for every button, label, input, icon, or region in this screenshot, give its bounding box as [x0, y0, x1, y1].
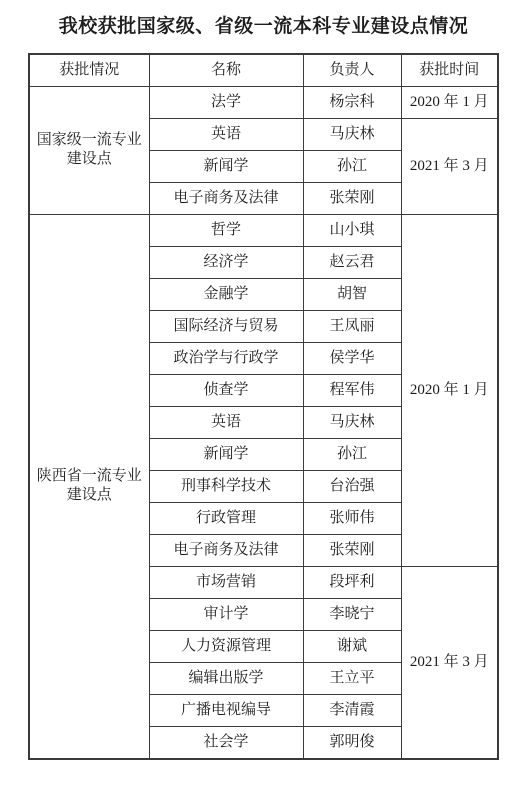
leader-cell: 张荣刚 — [303, 182, 401, 214]
section-label-national: 国家级一流专业建设点 — [29, 86, 149, 214]
approval-table: 获批情况 名称 负责人 获批时间 国家级一流专业建设点 法学 杨宗科 2020 … — [28, 53, 499, 760]
major-cell: 政治学与行政学 — [149, 342, 303, 374]
major-cell: 审计学 — [149, 598, 303, 630]
major-cell: 法学 — [149, 86, 303, 118]
major-cell: 哲学 — [149, 214, 303, 246]
leader-cell: 赵云君 — [303, 246, 401, 278]
header-row: 获批情况 名称 负责人 获批时间 — [29, 54, 498, 87]
major-cell: 刑事科学技术 — [149, 470, 303, 502]
table-row: 陕西省一流专业建设点 哲学 山小琪 2020 年 1 月 — [29, 214, 498, 246]
page-title: 我校获批国家级、省级一流本科专业建设点情况 — [0, 14, 527, 40]
leader-cell: 段坪利 — [303, 566, 401, 598]
leader-cell: 程军伟 — [303, 374, 401, 406]
major-cell: 编辑出版学 — [149, 662, 303, 694]
leader-cell: 山小琪 — [303, 214, 401, 246]
major-cell: 金融学 — [149, 278, 303, 310]
time-cell: 2021 年 3 月 — [401, 118, 498, 214]
major-cell: 电子商务及法律 — [149, 182, 303, 214]
leader-cell: 台治强 — [303, 470, 401, 502]
time-cell: 2021 年 3 月 — [401, 566, 498, 759]
leader-cell: 王立平 — [303, 662, 401, 694]
major-cell: 新闻学 — [149, 438, 303, 470]
leader-cell: 张师伟 — [303, 502, 401, 534]
table-row: 国家级一流专业建设点 法学 杨宗科 2020 年 1 月 — [29, 86, 498, 118]
leader-cell: 胡智 — [303, 278, 401, 310]
major-cell: 行政管理 — [149, 502, 303, 534]
leader-cell: 马庆林 — [303, 406, 401, 438]
col-header-status: 获批情况 — [29, 54, 149, 87]
document-page: 我校获批国家级、省级一流本科专业建设点情况 获批情况 名称 负责人 获批时间 国… — [0, 0, 527, 800]
major-cell: 英语 — [149, 118, 303, 150]
major-cell: 市场营销 — [149, 566, 303, 598]
time-cell: 2020 年 1 月 — [401, 86, 498, 118]
time-cell: 2020 年 1 月 — [401, 214, 498, 566]
major-cell: 人力资源管理 — [149, 630, 303, 662]
leader-cell: 孙江 — [303, 150, 401, 182]
leader-cell: 侯学华 — [303, 342, 401, 374]
major-cell: 广播电视编导 — [149, 694, 303, 726]
leader-cell: 王凤丽 — [303, 310, 401, 342]
leader-cell: 杨宗科 — [303, 86, 401, 118]
col-header-leader: 负责人 — [303, 54, 401, 87]
leader-cell: 张荣刚 — [303, 534, 401, 566]
major-cell: 经济学 — [149, 246, 303, 278]
leader-cell: 李晓宁 — [303, 598, 401, 630]
section-label-provincial: 陕西省一流专业建设点 — [29, 214, 149, 759]
major-cell: 社会学 — [149, 726, 303, 759]
major-cell: 新闻学 — [149, 150, 303, 182]
leader-cell: 马庆林 — [303, 118, 401, 150]
leader-cell: 李清霞 — [303, 694, 401, 726]
leader-cell: 谢斌 — [303, 630, 401, 662]
major-cell: 英语 — [149, 406, 303, 438]
col-header-time: 获批时间 — [401, 54, 498, 87]
major-cell: 侦查学 — [149, 374, 303, 406]
major-cell: 国际经济与贸易 — [149, 310, 303, 342]
col-header-name: 名称 — [149, 54, 303, 87]
leader-cell: 郭明俊 — [303, 726, 401, 759]
leader-cell: 孙江 — [303, 438, 401, 470]
major-cell: 电子商务及法律 — [149, 534, 303, 566]
